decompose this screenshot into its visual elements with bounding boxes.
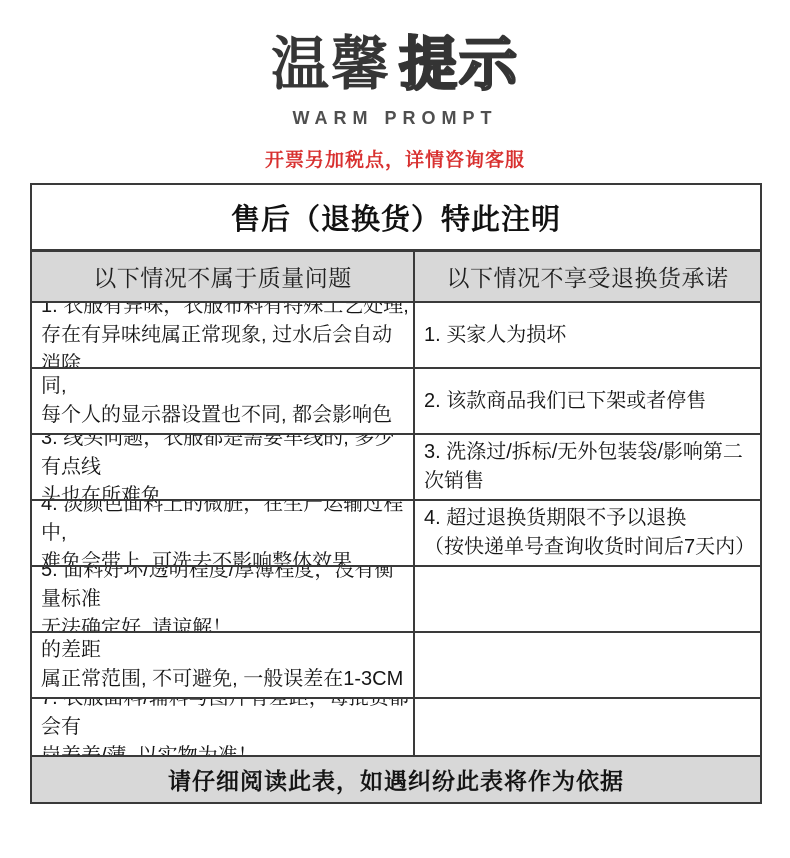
table-row: 7. 衣服面料/辅料与图片有差距，每批货都会有 岗差差/薄, 以实物为准！ <box>32 697 760 755</box>
cell-right-3: 3. 洗涤过/拆标/无外包装袋/影响第二次销售 <box>413 435 760 499</box>
page-header: 温馨提示 WARM PROMPT 开票另加税点，详情咨询客服 <box>0 0 790 172</box>
table-row: 1. 衣服有异味，衣服布料有特殊工艺处理, 存在有异味纯属正常现象, 过水后会自… <box>32 301 760 367</box>
cell-right-2: 2. 该款商品我们已下架或者停售 <box>413 369 760 433</box>
column-header-not-quality-issue: 以下情况不属于质量问题 <box>32 252 413 301</box>
cell-right-5 <box>413 567 760 631</box>
page-title-solid-part: 温馨 <box>271 32 391 97</box>
cell-left-6: 6. 衣服尺寸和说明有差异，衣服存在适当的差距 属正常范围, 不可避免, 一般误… <box>32 633 413 697</box>
column-header-no-return-promise: 以下情况不享受退换货承诺 <box>413 252 760 301</box>
cell-right-1: 1. 买家人为损坏 <box>413 303 760 367</box>
cell-left-4: 4. 淡颜色面料上的微脏，在生产运输过程中, 难免会带上, 可洗去不影响整体效果 <box>32 501 413 565</box>
page-subtitle: WARM PROMPT <box>0 108 790 129</box>
page-title-outline-part: 提示 <box>399 32 519 97</box>
table-title: 售后（退换货）特此注明 <box>32 185 760 249</box>
warm-prompt-page: 温馨提示 WARM PROMPT 开票另加税点，详情咨询客服 售后（退换货）特此… <box>0 0 790 858</box>
table-row: 6. 衣服尺寸和说明有差异，衣服存在适当的差距 属正常范围, 不可避免, 一般误… <box>32 631 760 697</box>
table-row: 4. 淡颜色面料上的微脏，在生产运输过程中, 难免会带上, 可洗去不影响整体效果… <box>32 499 760 565</box>
cell-left-2: 2. 衣服有色差，每台显示器的像素都有不同, 每个人的显示器设置也不同, 都会影… <box>32 369 413 433</box>
cell-left-3: 3. 线头问题，衣服都是需要车线的, 多少有点线 头也在所难免 <box>32 435 413 499</box>
table-row: 5. 面料好坏/透明程度/厚薄程度，没有衡量标准 无法确定好, 请谅解！ <box>32 565 760 631</box>
table-row: 2. 衣服有色差，每台显示器的像素都有不同, 每个人的显示器设置也不同, 都会影… <box>32 367 760 433</box>
table-row: 3. 线头问题，衣服都是需要车线的, 多少有点线 头也在所难免 3. 洗涤过/拆… <box>32 433 760 499</box>
table-column-headers: 以下情况不属于质量问题 以下情况不享受退换货承诺 <box>32 249 760 301</box>
tax-notice: 开票另加税点，详情咨询客服 <box>0 145 790 172</box>
cell-right-4: 4. 超过退换货期限不予以退换 （按快递单号查询收货时间后7天内） <box>413 501 760 565</box>
cell-right-7 <box>413 699 760 755</box>
cell-left-7: 7. 衣服面料/辅料与图片有差距，每批货都会有 岗差差/薄, 以实物为准！ <box>32 699 413 755</box>
table-footer-note: 请仔细阅读此表，如遇纠纷此表将作为依据 <box>32 755 760 802</box>
aftersale-policy-table: 售后（退换货）特此注明 以下情况不属于质量问题 以下情况不享受退换货承诺 1. … <box>30 183 762 804</box>
cell-left-1: 1. 衣服有异味，衣服布料有特殊工艺处理, 存在有异味纯属正常现象, 过水后会自… <box>32 303 413 367</box>
page-title: 温馨提示 <box>0 34 790 96</box>
cell-right-6 <box>413 633 760 697</box>
cell-left-5: 5. 面料好坏/透明程度/厚薄程度，没有衡量标准 无法确定好, 请谅解！ <box>32 567 413 631</box>
